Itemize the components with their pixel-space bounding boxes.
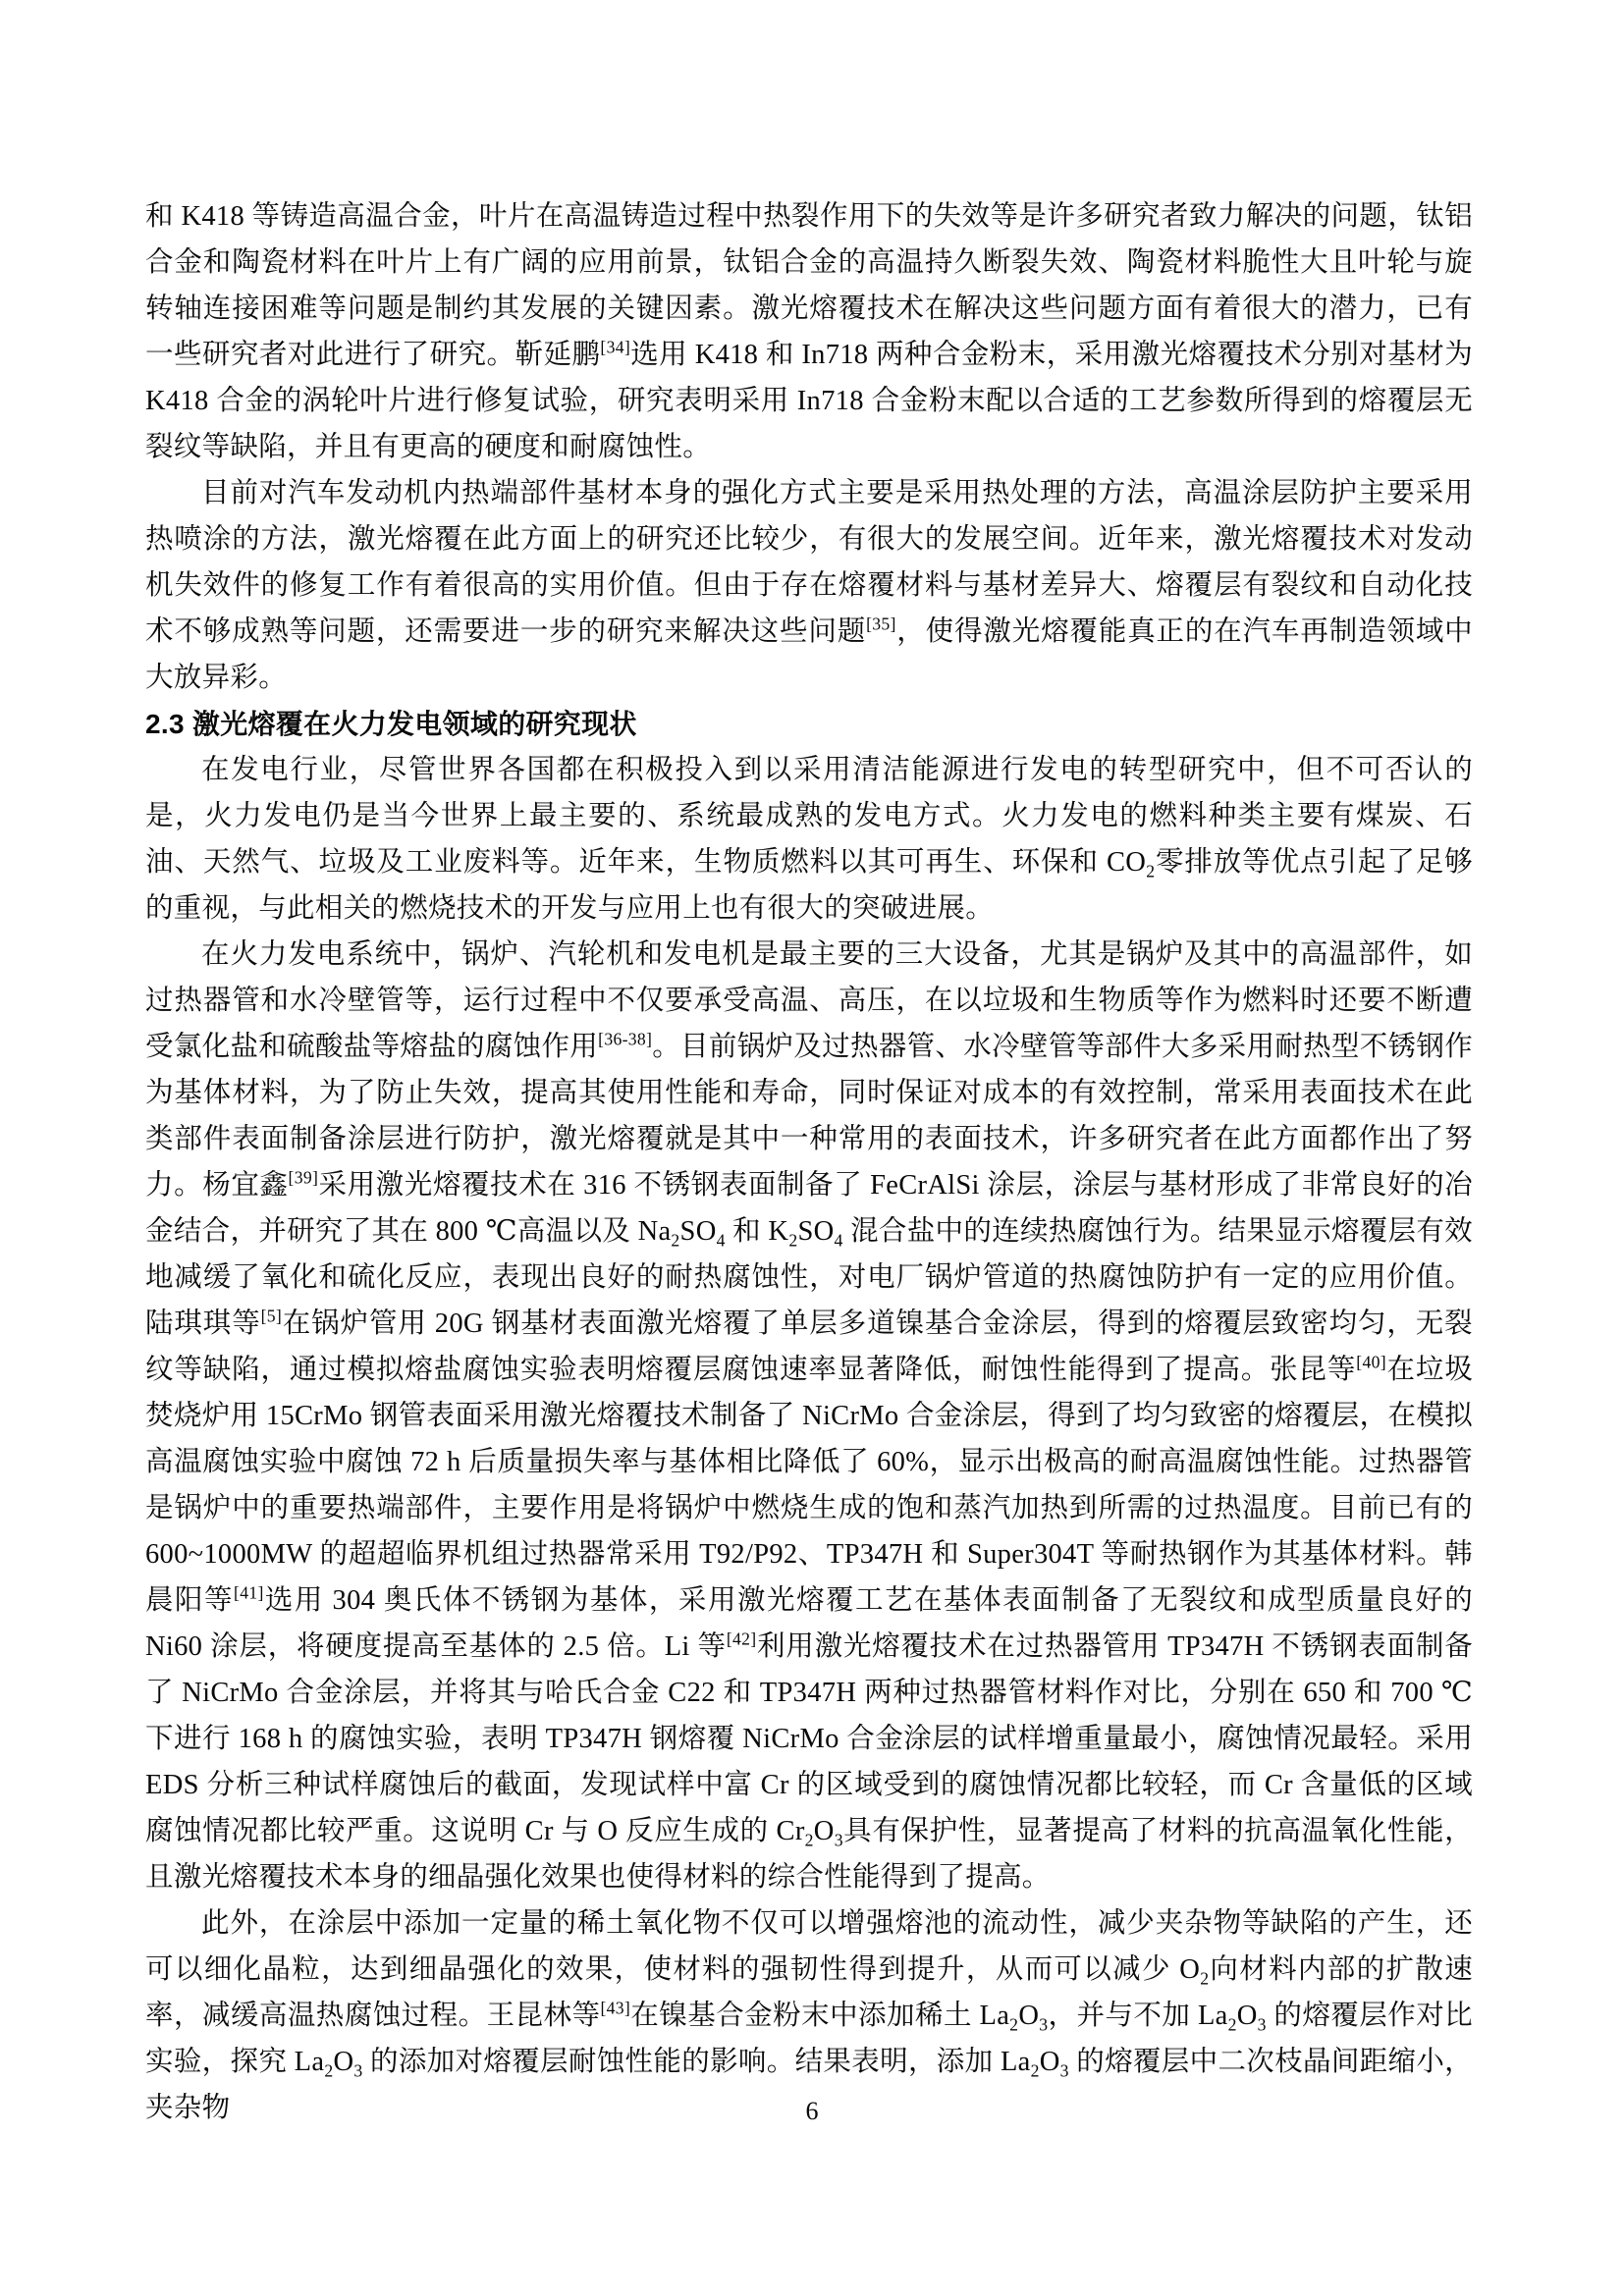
paragraph-boiler-cladding-research: 在火力发电系统中，锅炉、汽轮机和发电机是最主要的三大设备，尤其是锅炉及其中的高温… — [145, 932, 1473, 1900]
section-heading-2-3: 2.3 激光熔覆在火力发电领域的研究现状 — [145, 701, 1473, 747]
page-body-text: 和 K418 等铸造高温合金，叶片在高温铸造过程中热裂作用下的失效等是许多研究者… — [145, 193, 1473, 2131]
paragraph-power-generation-overview: 在发电行业，尽管世界各国都在积极投入到以采用清洁能源进行发电的转型研究中，但不可… — [145, 747, 1473, 932]
paragraph-auto-engine-outlook: 目前对汽车发动机内热端部件基材本身的强化方式主要是采用热处理的方法，高温涂层防护… — [145, 470, 1473, 701]
page-number: 6 — [0, 2097, 1624, 2126]
document-page: 和 K418 等铸造高温合金，叶片在高温铸造过程中热裂作用下的失效等是许多研究者… — [0, 0, 1624, 2296]
paragraph-superalloy-blade-repair: 和 K418 等铸造高温合金，叶片在高温铸造过程中热裂作用下的失效等是许多研究者… — [145, 193, 1473, 470]
